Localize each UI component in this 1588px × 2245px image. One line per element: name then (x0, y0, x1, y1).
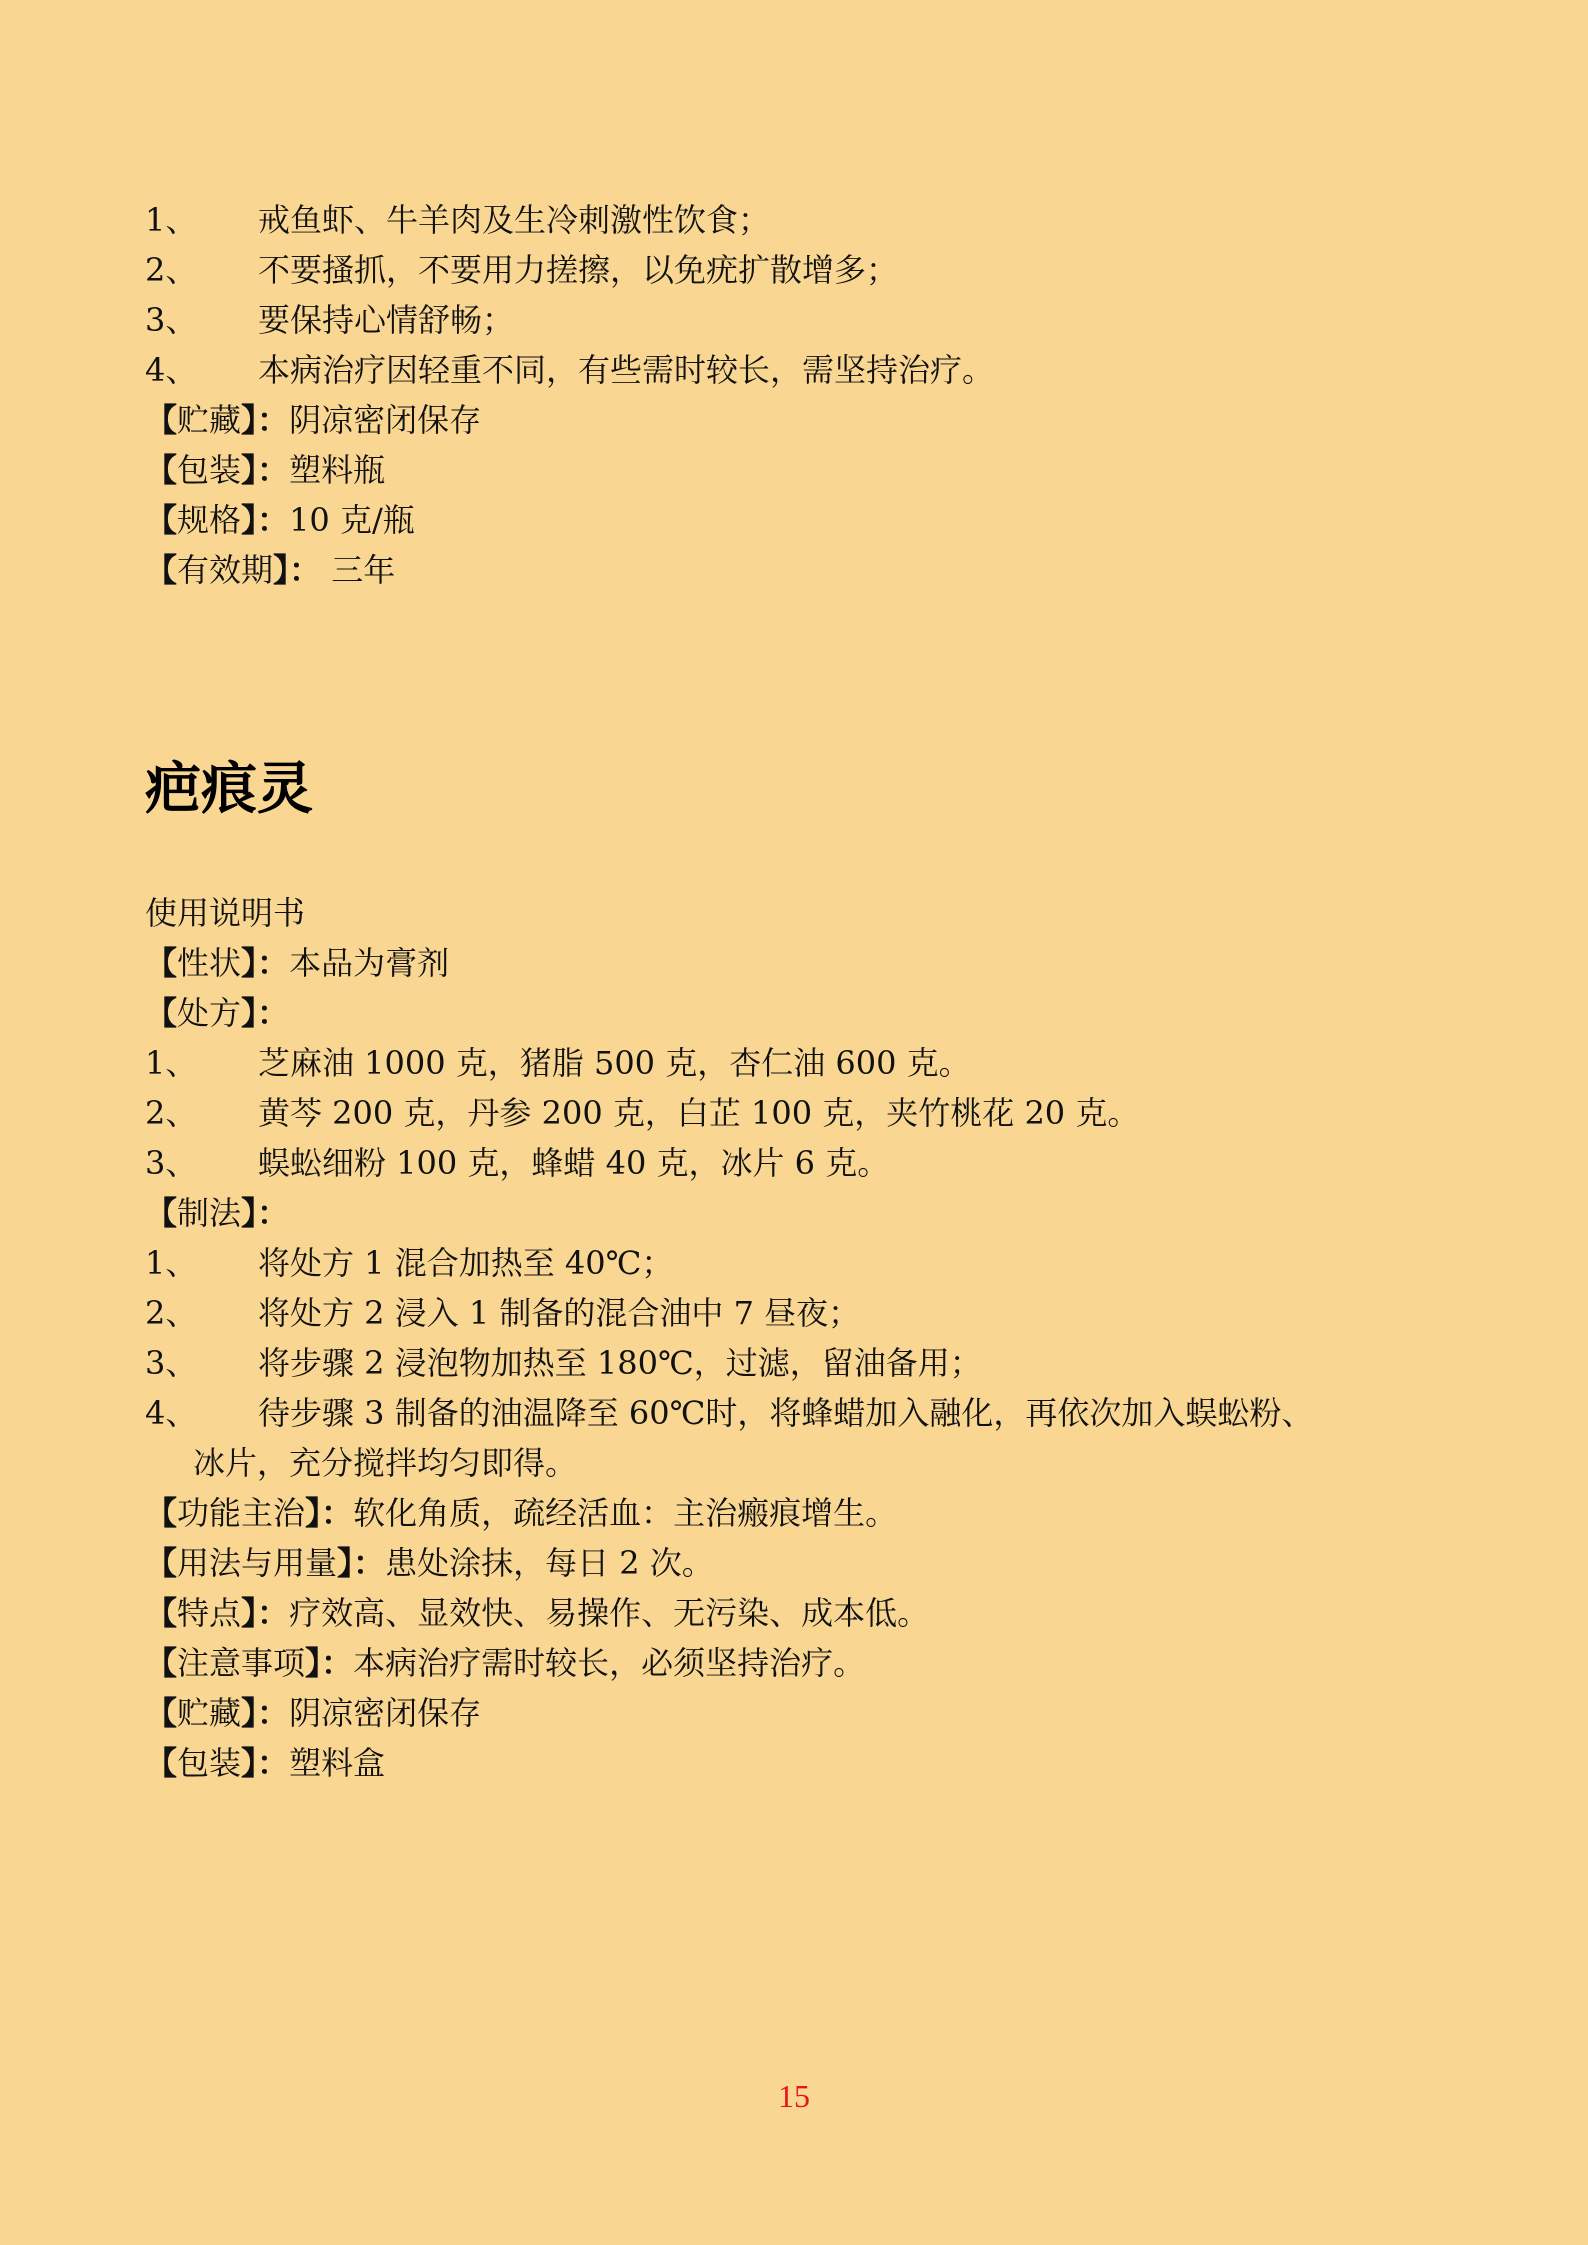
prescription-item: 1、芝麻油 1000 克，猪脂 500 克，杏仁油 600 克。 (145, 1043, 971, 1083)
field-value: 阴凉密闭保存 (289, 1694, 481, 1732)
field-label: 制法 (177, 1194, 241, 1232)
item-text: 将处方 2 浸入 1 制备的混合油中 7 昼夜； (258, 1294, 860, 1332)
field-value: 患处涂抹，每日 2 次。 (385, 1544, 714, 1582)
field-value: 塑料盒 (289, 1744, 385, 1782)
item-number: 3、 (145, 300, 258, 340)
precaution-item: 4、本病治疗因轻重不同，有些需时较长，需坚持治疗。 (145, 350, 994, 390)
document-page: 1、戒鱼虾、牛羊肉及生冷刺激性饮食； 2、不要搔抓，不要用力搓擦，以免疣扩散增多… (0, 0, 1588, 2245)
field-label: 特点 (177, 1594, 241, 1632)
function-field: 【功能主治】：软化角质，疏经活血：主治瘢痕增生。 (145, 1493, 897, 1533)
field-label: 包装 (177, 1744, 241, 1782)
field-value: 阴凉密闭保存 (289, 401, 481, 439)
field-value: 10 克/瓶 (289, 501, 415, 539)
features-field: 【特点】：疗效高、显效快、易操作、无污染、成本低。 (145, 1593, 929, 1633)
method-step: 2、将处方 2 浸入 1 制备的混合油中 7 昼夜； (145, 1293, 860, 1333)
spec-field: 【规格】：10 克/瓶 (145, 500, 415, 540)
field-value: 塑料瓶 (289, 451, 385, 489)
field-value: 软化角质，疏经活血：主治瘢痕增生。 (353, 1494, 897, 1532)
field-label: 处方 (177, 994, 241, 1032)
field-label: 功能主治 (177, 1494, 305, 1532)
method-step: 3、将步骤 2 浸泡物加热至 180℃，过滤，留油备用； (145, 1343, 982, 1383)
item-text: 戒鱼虾、牛羊肉及生冷刺激性饮食； (258, 201, 770, 239)
item-text: 将处方 1 混合加热至 40℃； (258, 1244, 673, 1282)
prescription-item: 2、黄芩 200 克，丹参 200 克，白芷 100 克，夹竹桃花 20 克。 (145, 1093, 1139, 1133)
field-label: 贮藏 (177, 401, 241, 439)
package-field: 【包装】：塑料瓶 (145, 450, 385, 490)
item-text: 芝麻油 1000 克，猪脂 500 克，杏仁油 600 克。 (258, 1044, 971, 1082)
product-subtitle: 使用说明书 (145, 893, 305, 933)
method-step: 1、将处方 1 混合加热至 40℃； (145, 1243, 673, 1283)
item-number: 4、 (145, 1393, 258, 1433)
item-number: 1、 (145, 200, 258, 240)
product-title: 疤痕灵 (145, 755, 313, 825)
item-number: 4、 (145, 350, 258, 390)
storage-field: 【贮藏】：阴凉密闭保存 (145, 400, 481, 440)
field-label: 贮藏 (177, 1694, 241, 1732)
package-field: 【包装】：塑料盒 (145, 1743, 385, 1783)
field-value: 本病治疗需时较长，必须坚持治疗。 (353, 1644, 865, 1682)
usage-field: 【用法与用量】：患处涂抹，每日 2 次。 (145, 1543, 714, 1583)
item-text: 待步骤 3 制备的油温降至 60℃时，将蜂蜡加入融化，再依次加入蜈蚣粉、 (258, 1394, 1313, 1432)
item-text: 将步骤 2 浸泡物加热至 180℃，过滤，留油备用； (258, 1344, 982, 1382)
field-label: 性状 (177, 944, 241, 982)
property-field: 【性状】：本品为膏剂 (145, 943, 449, 983)
notes-field: 【注意事项】：本病治疗需时较长，必须坚持治疗。 (145, 1643, 865, 1683)
item-number: 2、 (145, 1093, 258, 1133)
method-step: 4、待步骤 3 制备的油温降至 60℃时，将蜂蜡加入融化，再依次加入蜈蚣粉、 (145, 1393, 1313, 1433)
field-label: 有效期 (177, 551, 273, 589)
prescription-heading: 【处方】： (145, 993, 289, 1033)
item-text: 本病治疗因轻重不同，有些需时较长，需坚持治疗。 (258, 351, 994, 389)
field-label: 用法与用量 (177, 1544, 337, 1582)
page-number: 15 (0, 2078, 1588, 2115)
item-number: 3、 (145, 1343, 258, 1383)
item-number: 2、 (145, 250, 258, 290)
precaution-item: 2、不要搔抓，不要用力搓擦，以免疣扩散增多； (145, 250, 898, 290)
precaution-item: 1、戒鱼虾、牛羊肉及生冷刺激性饮食； (145, 200, 770, 240)
storage-field: 【贮藏】：阴凉密闭保存 (145, 1693, 481, 1733)
method-heading: 【制法】： (145, 1193, 289, 1233)
method-step-continuation: 冰片，充分搅拌均匀即得。 (193, 1443, 577, 1483)
item-text: 黄芩 200 克，丹参 200 克，白芷 100 克，夹竹桃花 20 克。 (258, 1094, 1139, 1132)
item-text: 蜈蚣细粉 100 克，蜂蜡 40 克，冰片 6 克。 (258, 1144, 889, 1182)
field-value: 三年 (321, 551, 395, 589)
expiry-field: 【有效期】： 三年 (145, 550, 395, 590)
prescription-item: 3、蜈蚣细粉 100 克，蜂蜡 40 克，冰片 6 克。 (145, 1143, 889, 1183)
item-text: 不要搔抓，不要用力搓擦，以免疣扩散增多； (258, 251, 898, 289)
item-number: 2、 (145, 1293, 258, 1333)
item-number: 3、 (145, 1143, 258, 1183)
field-label: 规格 (177, 501, 241, 539)
field-value: 疗效高、显效快、易操作、无污染、成本低。 (289, 1594, 929, 1632)
field-label: 注意事项 (177, 1644, 305, 1682)
item-number: 1、 (145, 1043, 258, 1083)
item-number: 1、 (145, 1243, 258, 1283)
precaution-item: 3、要保持心情舒畅； (145, 300, 514, 340)
item-text: 要保持心情舒畅； (258, 301, 514, 339)
field-label: 包装 (177, 451, 241, 489)
field-value: 本品为膏剂 (289, 944, 449, 982)
